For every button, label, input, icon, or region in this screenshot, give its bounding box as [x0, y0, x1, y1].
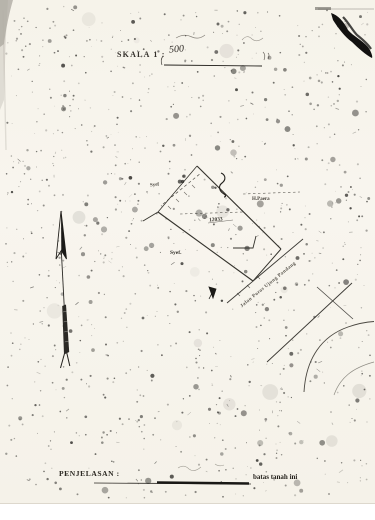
owner-label-right: H.Paera — [252, 197, 270, 202]
scale-label: SKALA 1 : — [117, 50, 166, 59]
scan-edge-shadow — [0, 0, 13, 150]
owner-label-left: Syef. — [170, 250, 181, 256]
legend-boundary-label: batas tanah ini — [253, 473, 297, 481]
owner-label-top: Syef — [150, 183, 160, 189]
scale-value: 500 — [169, 43, 185, 55]
folded-corner-mark — [315, 7, 374, 58]
small-arrow-marker — [209, 287, 216, 299]
north-arrow-icon — [56, 211, 70, 368]
scanned-survey-document: SKALA 1 : 500 Syef H.Paera 12033 Syef. J… — [0, 0, 375, 520]
parcel-number-label: 12033 — [209, 217, 223, 224]
map-drawing — [0, 0, 375, 520]
legend-title: PENJELASAN : — [59, 469, 120, 478]
